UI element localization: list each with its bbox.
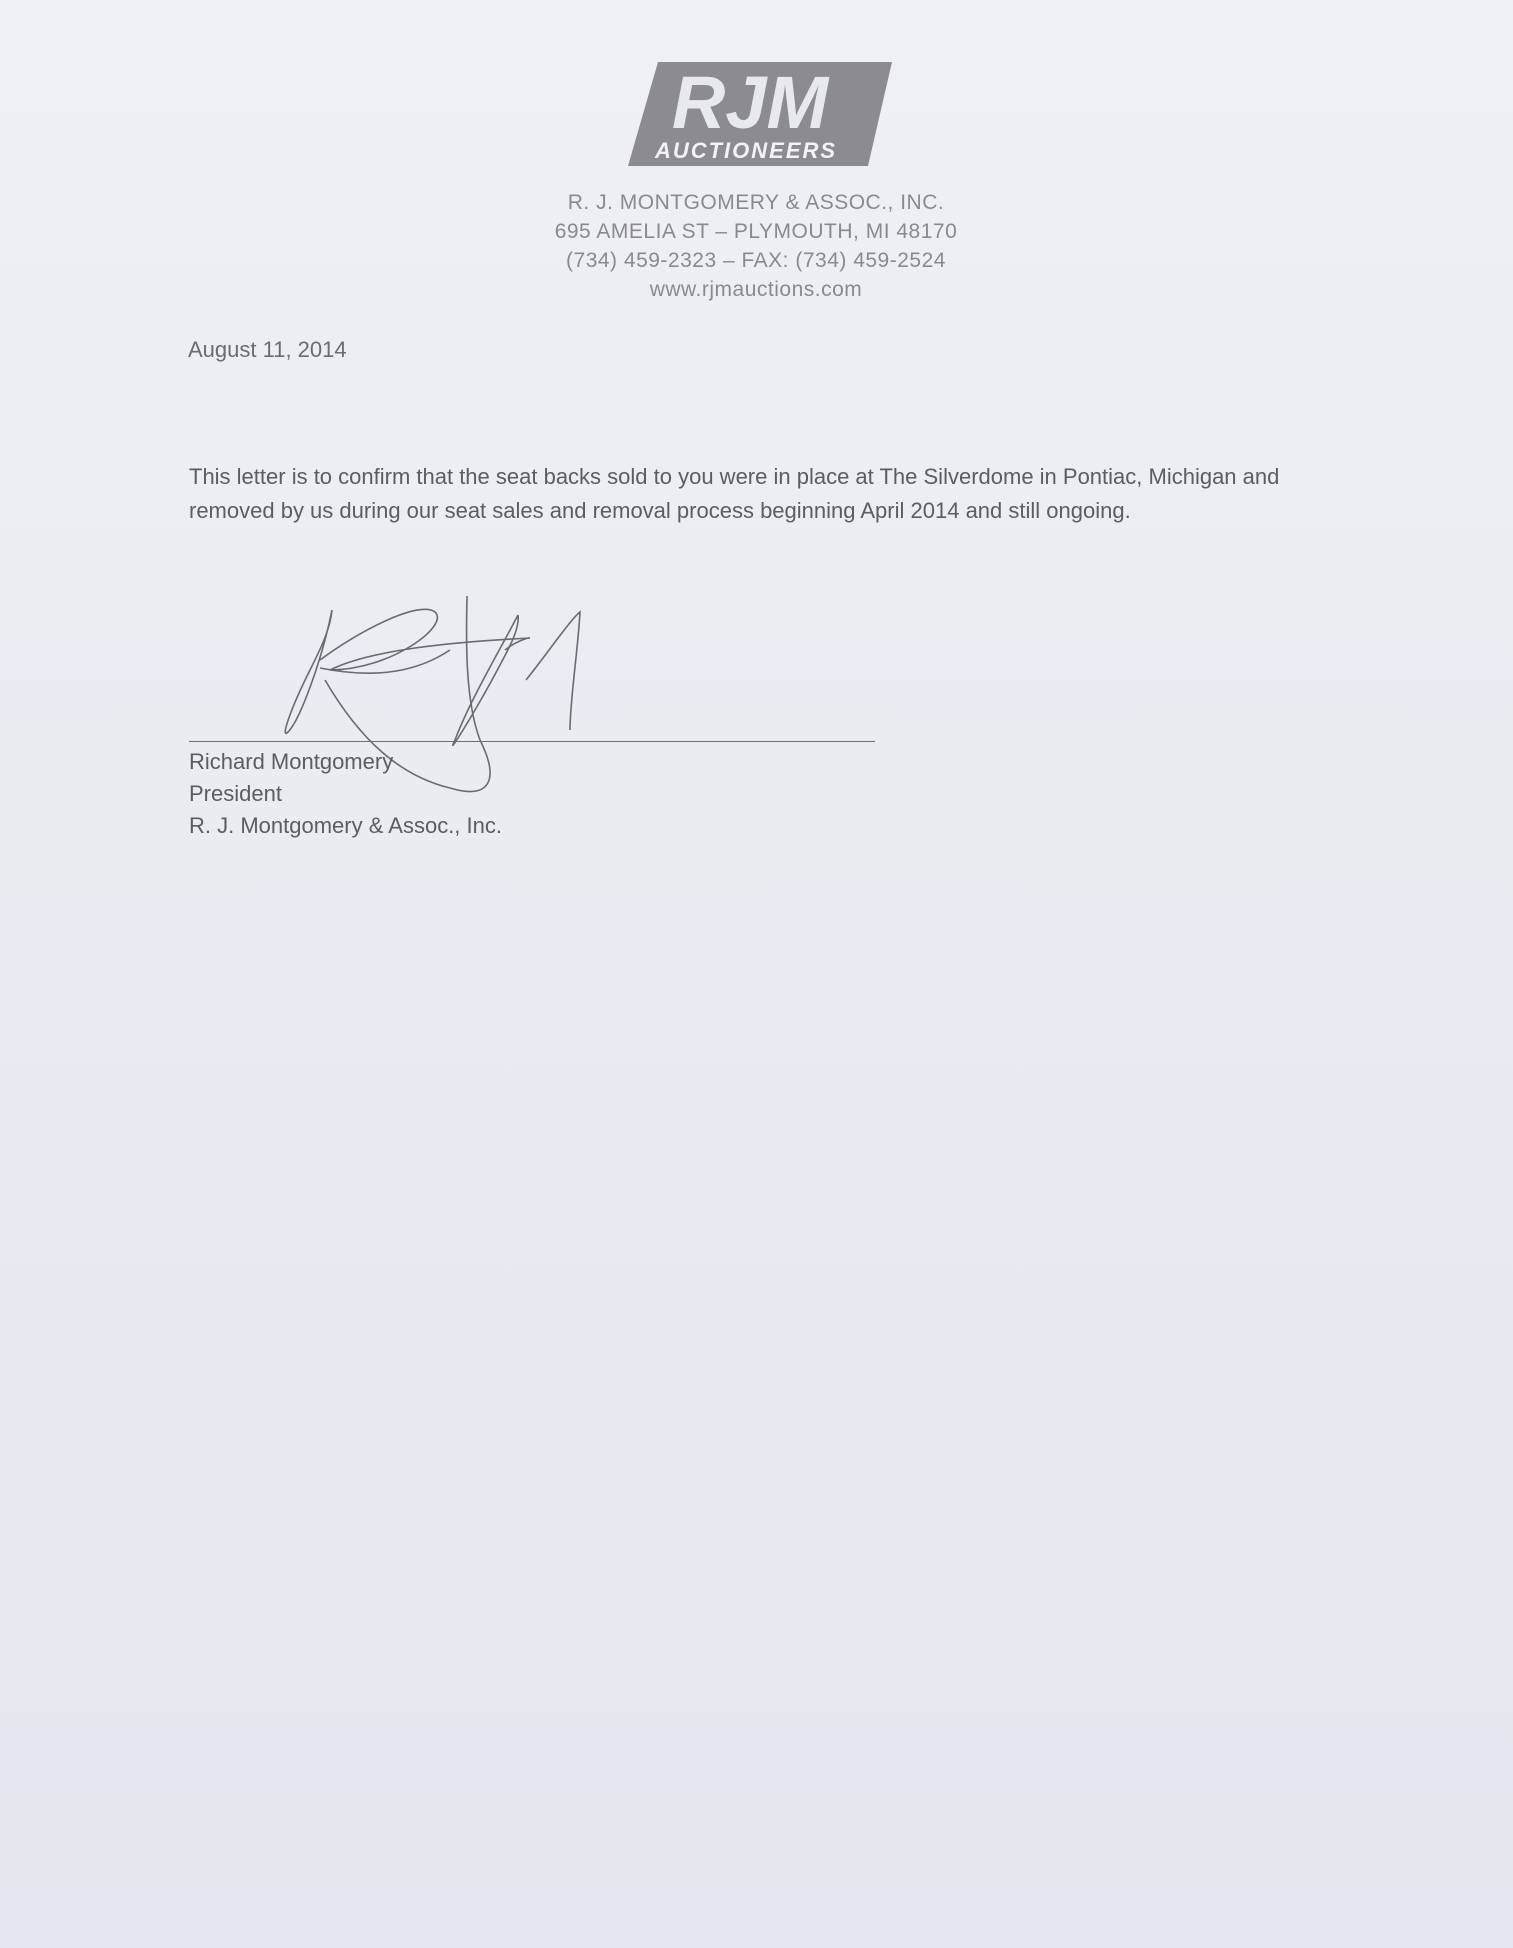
- signer-company: R. J. Montgomery & Assoc., Inc.: [189, 810, 502, 842]
- letterhead-address: 695 AMELIA ST – PLYMOUTH, MI 48170: [456, 217, 1056, 246]
- letter-body: This letter is to confirm that the seat …: [189, 460, 1319, 528]
- letterhead-website: www.rjmauctions.com: [456, 275, 1056, 304]
- svg-text:RJM: RJM: [672, 62, 830, 144]
- signer-name: Richard Montgomery: [189, 746, 502, 778]
- letterhead-company: R. J. MONTGOMERY & ASSOC., INC.: [456, 188, 1056, 217]
- letterhead: R. J. MONTGOMERY & ASSOC., INC. 695 AMEL…: [456, 188, 1056, 304]
- company-logo: RJM AUCTIONEERS: [628, 62, 892, 166]
- letter-date: August 11, 2014: [188, 337, 347, 363]
- signer-title: President: [189, 778, 502, 810]
- svg-text:AUCTIONEERS: AUCTIONEERS: [654, 138, 837, 163]
- letter-page: RJM AUCTIONEERS R. J. MONTGOMERY & ASSOC…: [0, 0, 1513, 1948]
- letterhead-phone: (734) 459-2323 – FAX: (734) 459-2524: [456, 246, 1056, 275]
- rjm-auctioneers-logo-icon: RJM AUCTIONEERS: [628, 62, 892, 166]
- signature-line: [189, 741, 875, 742]
- signer-block: Richard Montgomery President R. J. Montg…: [189, 746, 502, 842]
